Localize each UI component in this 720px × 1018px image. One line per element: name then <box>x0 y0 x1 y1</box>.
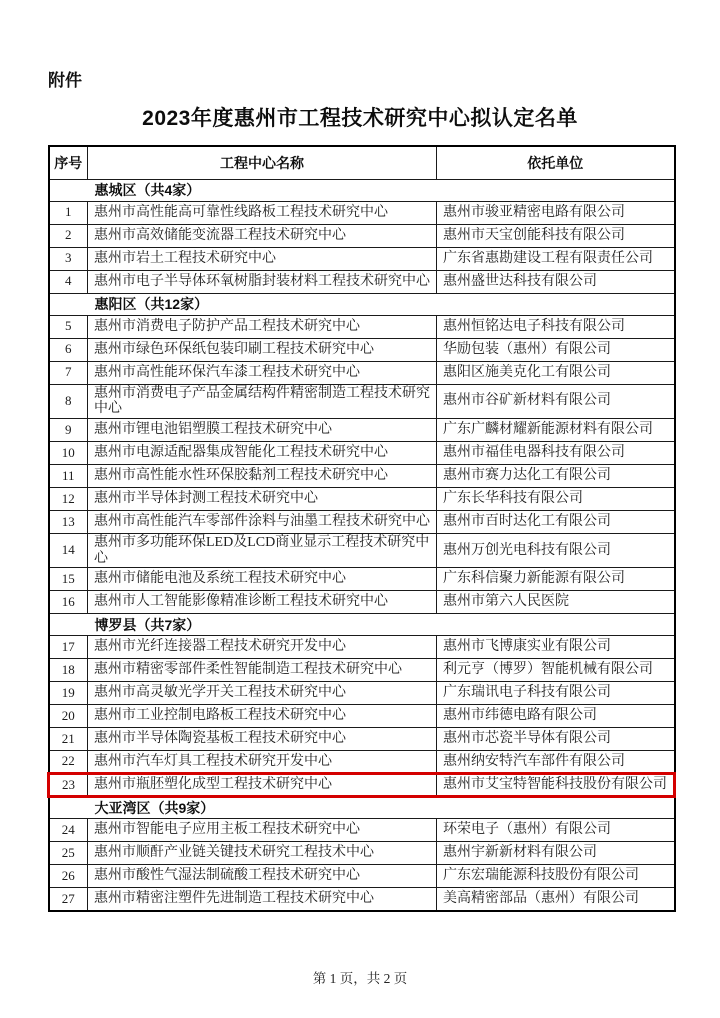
center-name-cell: 惠州市高性能水性环保胶黏剂工程技术研究中心 <box>88 464 437 487</box>
table-header-row: 序号 工程中心名称 依托单位 <box>49 146 675 179</box>
row-number-cell: 5 <box>49 315 88 338</box>
document-page: 附件 2023年度惠州市工程技术研究中心拟认定名单 序号 工程中心名称 依托单位… <box>0 0 720 1018</box>
center-name-cell: 惠州市高性能环保汽车漆工程技术研究中心 <box>88 361 437 384</box>
center-name-cell: 惠州市高效储能变流器工程技术研究中心 <box>88 224 437 247</box>
unit-name-cell: 广东宏瑞能源科技股份有限公司 <box>437 865 675 888</box>
section-label: 博罗县（共7家） <box>49 614 675 636</box>
unit-name-cell: 广东省惠勘建设工程有限责任公司 <box>437 247 675 270</box>
unit-name-cell: 惠州市飞博康实业有限公司 <box>437 636 675 659</box>
table-row: 24惠州市智能电子应用主板工程技术研究中心环荣电子（惠州）有限公司 <box>49 819 675 842</box>
section-label: 大亚湾区（共9家） <box>49 797 675 819</box>
table-row: 20惠州市工业控制电路板工程技术研究中心惠州市纬德电路有限公司 <box>49 705 675 728</box>
center-name-cell: 惠州市酸性气湿法制硫酸工程技术研究中心 <box>88 865 437 888</box>
row-number-cell: 14 <box>49 533 88 567</box>
column-header-center-name: 工程中心名称 <box>88 146 437 179</box>
center-name-cell: 惠州市智能电子应用主板工程技术研究中心 <box>88 819 437 842</box>
table-row: 13惠州市高性能汽车零部件涂料与油墨工程技术研究中心惠州市百时达化工有限公司 <box>49 510 675 533</box>
row-number-cell: 16 <box>49 591 88 614</box>
row-number-cell: 1 <box>49 201 88 224</box>
center-name-cell: 惠州市储能电池及系统工程技术研究中心 <box>88 568 437 591</box>
unit-name-cell: 惠州宇新新材料有限公司 <box>437 842 675 865</box>
center-name-cell: 惠州市光纤连接器工程技术研究开发中心 <box>88 636 437 659</box>
unit-name-cell: 惠州市谷矿新材料有限公司 <box>437 384 675 418</box>
row-number-cell: 8 <box>49 384 88 418</box>
table-row: 14惠州市多功能环保LED及LCD商业显示工程技术研究中心惠州万创光电科技有限公… <box>49 533 675 567</box>
row-number-cell: 2 <box>49 224 88 247</box>
unit-name-cell: 广东科信聚力新能源有限公司 <box>437 568 675 591</box>
center-name-cell: 惠州市绿色环保纸包装印刷工程技术研究中心 <box>88 338 437 361</box>
center-name-cell: 惠州市瓶胚塑化成型工程技术研究中心 <box>88 774 437 797</box>
table-row: 7惠州市高性能环保汽车漆工程技术研究中心惠阳区施美克化工有限公司 <box>49 361 675 384</box>
table-row: 19惠州市高灵敏光学开关工程技术研究中心广东瑞讯电子科技有限公司 <box>49 682 675 705</box>
center-name-cell: 惠州市电子半导体环氧树脂封装材料工程技术研究中心 <box>88 270 437 293</box>
unit-name-cell: 惠阳区施美克化工有限公司 <box>437 361 675 384</box>
row-number-cell: 22 <box>49 751 88 774</box>
row-number-cell: 25 <box>49 842 88 865</box>
table-body: 惠城区（共4家）1惠州市高性能高可靠性线路板工程技术研究中心惠州市骏亚精密电路有… <box>49 179 675 911</box>
table-row: 17惠州市光纤连接器工程技术研究开发中心惠州市飞博康实业有限公司 <box>49 636 675 659</box>
row-number-cell: 27 <box>49 888 88 911</box>
table-row: 21惠州市半导体陶瓷基板工程技术研究中心惠州市芯瓷半导体有限公司 <box>49 728 675 751</box>
center-name-cell: 惠州市锂电池铝塑膜工程技术研究中心 <box>88 418 437 441</box>
center-name-cell: 惠州市半导体陶瓷基板工程技术研究中心 <box>88 728 437 751</box>
row-number-cell: 21 <box>49 728 88 751</box>
unit-name-cell: 惠州市福佳电器科技有限公司 <box>437 441 675 464</box>
row-number-cell: 4 <box>49 270 88 293</box>
section-row: 大亚湾区（共9家） <box>49 797 675 819</box>
center-name-cell: 惠州市岩土工程技术研究中心 <box>88 247 437 270</box>
page-footer: 第 1 页，共 2 页 <box>0 967 720 987</box>
section-label: 惠阳区（共12家） <box>49 293 675 315</box>
table-row: 1惠州市高性能高可靠性线路板工程技术研究中心惠州市骏亚精密电路有限公司 <box>49 201 675 224</box>
table-row-highlighted: 23惠州市瓶胚塑化成型工程技术研究中心惠州市艾宝特智能科技股份有限公司 <box>49 774 675 797</box>
table-row: 15惠州市储能电池及系统工程技术研究中心广东科信聚力新能源有限公司 <box>49 568 675 591</box>
table-row: 8惠州市消费电子产品金属结构件精密制造工程技术研究中心惠州市谷矿新材料有限公司 <box>49 384 675 418</box>
unit-name-cell: 惠州盛世达科技有限公司 <box>437 270 675 293</box>
unit-name-cell: 惠州市骏亚精密电路有限公司 <box>437 201 675 224</box>
center-name-cell: 惠州市多功能环保LED及LCD商业显示工程技术研究中心 <box>88 533 437 567</box>
unit-name-cell: 广东长华科技有限公司 <box>437 487 675 510</box>
row-number-cell: 12 <box>49 487 88 510</box>
center-name-cell: 惠州市精密注塑件先进制造工程技术研究中心 <box>88 888 437 911</box>
unit-name-cell: 惠州市艾宝特智能科技股份有限公司 <box>437 774 675 797</box>
row-number-cell: 10 <box>49 441 88 464</box>
row-number-cell: 18 <box>49 659 88 682</box>
page-title: 2023年度惠州市工程技术研究中心拟认定名单 <box>0 102 720 132</box>
unit-name-cell: 惠州市芯瓷半导体有限公司 <box>437 728 675 751</box>
unit-name-cell: 惠州纳安特汽车部件有限公司 <box>437 751 675 774</box>
unit-name-cell: 环荣电子（惠州）有限公司 <box>437 819 675 842</box>
table-row: 11惠州市高性能水性环保胶黏剂工程技术研究中心惠州市赛力达化工有限公司 <box>49 464 675 487</box>
table-row: 2惠州市高效储能变流器工程技术研究中心惠州市天宝创能科技有限公司 <box>49 224 675 247</box>
unit-name-cell: 惠州市百时达化工有限公司 <box>437 510 675 533</box>
section-row: 博罗县（共7家） <box>49 614 675 636</box>
unit-name-cell: 惠州万创光电科技有限公司 <box>437 533 675 567</box>
attachment-label: 附件 <box>48 66 82 91</box>
center-name-cell: 惠州市工业控制电路板工程技术研究中心 <box>88 705 437 728</box>
unit-name-cell: 惠州市纬德电路有限公司 <box>437 705 675 728</box>
row-number-cell: 17 <box>49 636 88 659</box>
center-name-cell: 惠州市高灵敏光学开关工程技术研究中心 <box>88 682 437 705</box>
unit-name-cell: 广东瑞讯电子科技有限公司 <box>437 682 675 705</box>
table-row: 6惠州市绿色环保纸包装印刷工程技术研究中心华励包装（惠州）有限公司 <box>49 338 675 361</box>
row-number-cell: 15 <box>49 568 88 591</box>
unit-name-cell: 惠州恒铭达电子科技有限公司 <box>437 315 675 338</box>
table-row: 25惠州市顺酐产业链关键技术研究工程技术中心惠州宇新新材料有限公司 <box>49 842 675 865</box>
unit-name-cell: 惠州市赛力达化工有限公司 <box>437 464 675 487</box>
center-name-cell: 惠州市汽车灯具工程技术研究开发中心 <box>88 751 437 774</box>
section-row: 惠城区（共4家） <box>49 179 675 201</box>
center-name-cell: 惠州市半导体封测工程技术研究中心 <box>88 487 437 510</box>
row-number-cell: 26 <box>49 865 88 888</box>
center-name-cell: 惠州市精密零部件柔性智能制造工程技术研究中心 <box>88 659 437 682</box>
center-name-cell: 惠州市消费电子防护产品工程技术研究中心 <box>88 315 437 338</box>
section-row: 惠阳区（共12家） <box>49 293 675 315</box>
row-number-cell: 13 <box>49 510 88 533</box>
row-number-cell: 24 <box>49 819 88 842</box>
centers-table: 序号 工程中心名称 依托单位 惠城区（共4家）1惠州市高性能高可靠性线路板工程技… <box>47 145 676 912</box>
unit-name-cell: 美高精密部品（惠州）有限公司 <box>437 888 675 911</box>
section-label: 惠城区（共4家） <box>49 179 675 201</box>
unit-name-cell: 惠州市第六人民医院 <box>437 591 675 614</box>
row-number-cell: 11 <box>49 464 88 487</box>
unit-name-cell: 惠州市天宝创能科技有限公司 <box>437 224 675 247</box>
row-number-cell: 19 <box>49 682 88 705</box>
table-row: 10惠州市电源适配器集成智能化工程技术研究中心惠州市福佳电器科技有限公司 <box>49 441 675 464</box>
table-row: 9惠州市锂电池铝塑膜工程技术研究中心广东广麟材耀新能源材料有限公司 <box>49 418 675 441</box>
table-row: 3惠州市岩土工程技术研究中心广东省惠勘建设工程有限责任公司 <box>49 247 675 270</box>
center-name-cell: 惠州市高性能高可靠性线路板工程技术研究中心 <box>88 201 437 224</box>
row-number-cell: 9 <box>49 418 88 441</box>
center-name-cell: 惠州市电源适配器集成智能化工程技术研究中心 <box>88 441 437 464</box>
unit-name-cell: 华励包装（惠州）有限公司 <box>437 338 675 361</box>
center-name-cell: 惠州市顺酐产业链关键技术研究工程技术中心 <box>88 842 437 865</box>
center-name-cell: 惠州市人工智能影像精准诊断工程技术研究中心 <box>88 591 437 614</box>
center-name-cell: 惠州市高性能汽车零部件涂料与油墨工程技术研究中心 <box>88 510 437 533</box>
table-row: 5惠州市消费电子防护产品工程技术研究中心惠州恒铭达电子科技有限公司 <box>49 315 675 338</box>
column-header-unit: 依托单位 <box>437 146 675 179</box>
row-number-cell: 20 <box>49 705 88 728</box>
table-row: 18惠州市精密零部件柔性智能制造工程技术研究中心利元亨（博罗）智能机械有限公司 <box>49 659 675 682</box>
table-row: 4惠州市电子半导体环氧树脂封装材料工程技术研究中心惠州盛世达科技有限公司 <box>49 270 675 293</box>
table-row: 12惠州市半导体封测工程技术研究中心广东长华科技有限公司 <box>49 487 675 510</box>
row-number-cell: 23 <box>49 774 88 797</box>
row-number-cell: 7 <box>49 361 88 384</box>
row-number-cell: 6 <box>49 338 88 361</box>
center-name-cell: 惠州市消费电子产品金属结构件精密制造工程技术研究中心 <box>88 384 437 418</box>
table-row: 26惠州市酸性气湿法制硫酸工程技术研究中心广东宏瑞能源科技股份有限公司 <box>49 865 675 888</box>
unit-name-cell: 利元亨（博罗）智能机械有限公司 <box>437 659 675 682</box>
table-row: 22惠州市汽车灯具工程技术研究开发中心惠州纳安特汽车部件有限公司 <box>49 751 675 774</box>
table-row: 16惠州市人工智能影像精准诊断工程技术研究中心惠州市第六人民医院 <box>49 591 675 614</box>
column-header-no: 序号 <box>49 146 88 179</box>
row-number-cell: 3 <box>49 247 88 270</box>
table-row: 27惠州市精密注塑件先进制造工程技术研究中心美高精密部品（惠州）有限公司 <box>49 888 675 911</box>
unit-name-cell: 广东广麟材耀新能源材料有限公司 <box>437 418 675 441</box>
